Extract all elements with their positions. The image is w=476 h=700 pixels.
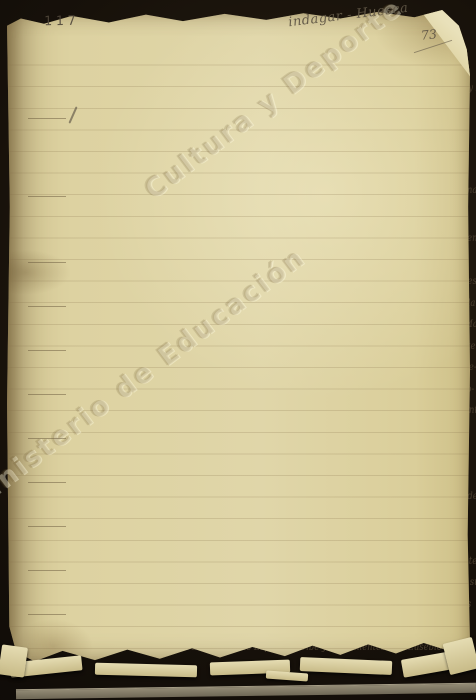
margin-mark <box>28 196 66 197</box>
next-page-edge <box>16 683 476 699</box>
margin-mark <box>28 482 66 483</box>
ruled-lines <box>7 44 470 656</box>
torn-paper-fragment <box>95 663 197 678</box>
torn-paper-fragment <box>0 644 28 677</box>
corner-fold <box>406 10 470 82</box>
margin-mark <box>28 526 66 527</box>
margin-mark <box>28 262 66 263</box>
pencil-folio-number: 73 <box>420 26 437 43</box>
page-stamp-number: 117 <box>44 14 80 30</box>
torn-paper-fragment <box>300 657 393 675</box>
margin-mark <box>28 118 66 119</box>
margin-mark <box>28 306 66 307</box>
margin-mark <box>28 394 66 395</box>
torn-paper-fragment <box>266 671 308 682</box>
margin-mark <box>28 614 66 615</box>
margin-mark <box>28 350 66 351</box>
margin-mark <box>28 438 66 439</box>
margin-mark <box>28 570 66 571</box>
scanned-manuscript-photo: Ministerio de Educación Cultura y Deport… <box>0 0 476 700</box>
